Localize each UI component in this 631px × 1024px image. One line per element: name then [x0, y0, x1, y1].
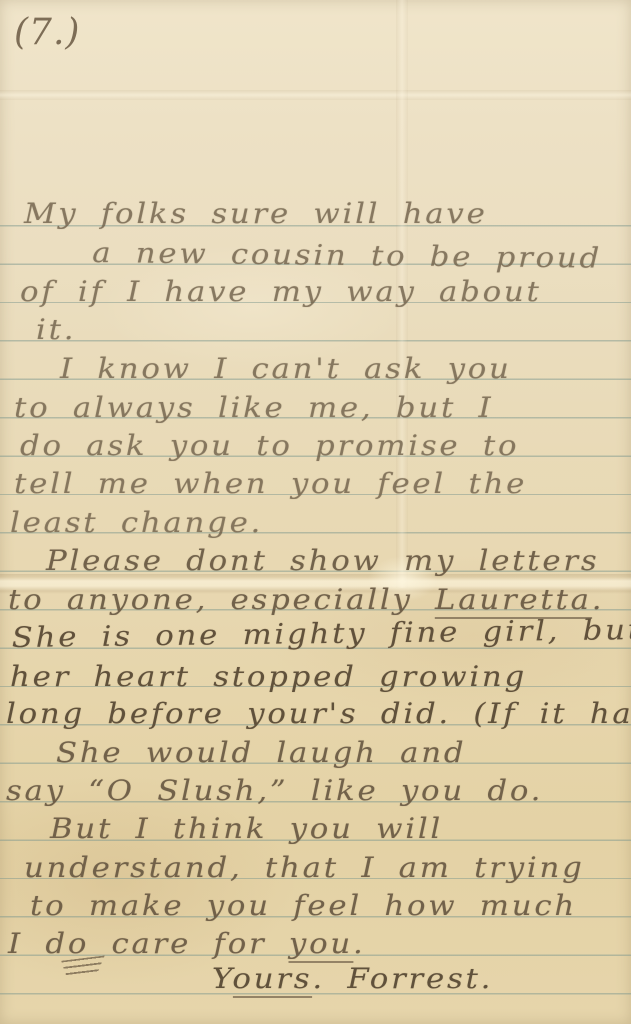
handwriting-line: of if I have my way about	[20, 275, 542, 309]
handwriting-line: her heart stopped growing	[10, 660, 527, 694]
page-number: (7.)	[14, 12, 80, 53]
handwriting-line: My folks sure will have	[24, 197, 488, 231]
handwriting-line: She is one mighty fine girl, but	[11, 613, 631, 655]
closing-text: .	[312, 962, 347, 995]
closing-underlined: ours	[232, 962, 312, 998]
line-text: .	[592, 583, 605, 616]
handwriting-line: to always like me, but I	[14, 391, 493, 425]
closing-text: Y	[212, 962, 232, 995]
handwriting-line: I know I can't ask you	[60, 352, 512, 386]
handwriting-line: understand, that I am trying	[24, 851, 585, 885]
handwriting-line: least change.	[10, 506, 263, 540]
signature-name: Forrest.	[347, 962, 493, 995]
line-text: I do care for	[8, 927, 289, 960]
handwriting-line: She would laugh and	[56, 736, 466, 770]
signature-line: Yours. Forrest.	[212, 962, 493, 996]
line-text: to anyone, especially	[8, 583, 435, 616]
line-text: .	[353, 927, 366, 960]
handwriting-line: to make you feel how much	[30, 889, 577, 923]
letter-page: (7.) My folks sure will have a new cousi…	[0, 0, 631, 1024]
handwriting-line: do ask you to promise to	[20, 429, 519, 463]
handwriting-line: I do care for you.	[8, 927, 366, 961]
underlined-word: you	[289, 927, 353, 963]
handwriting-line: Please dont show my letters	[46, 544, 599, 578]
fold-crease-top	[0, 90, 631, 100]
handwriting-line: But I think you will	[50, 812, 443, 846]
handwriting-line: it.	[36, 313, 76, 347]
handwriting-line: tell me when you feel the	[14, 467, 527, 501]
handwriting-line: a new cousin to be proud	[92, 236, 602, 275]
handwriting-line: to anyone, especially Lauretta.	[8, 583, 604, 617]
handwriting-line: say “O Slush,” like you do.	[6, 774, 543, 808]
handwriting-line: long before your's did. (If it has.)	[6, 697, 631, 731]
